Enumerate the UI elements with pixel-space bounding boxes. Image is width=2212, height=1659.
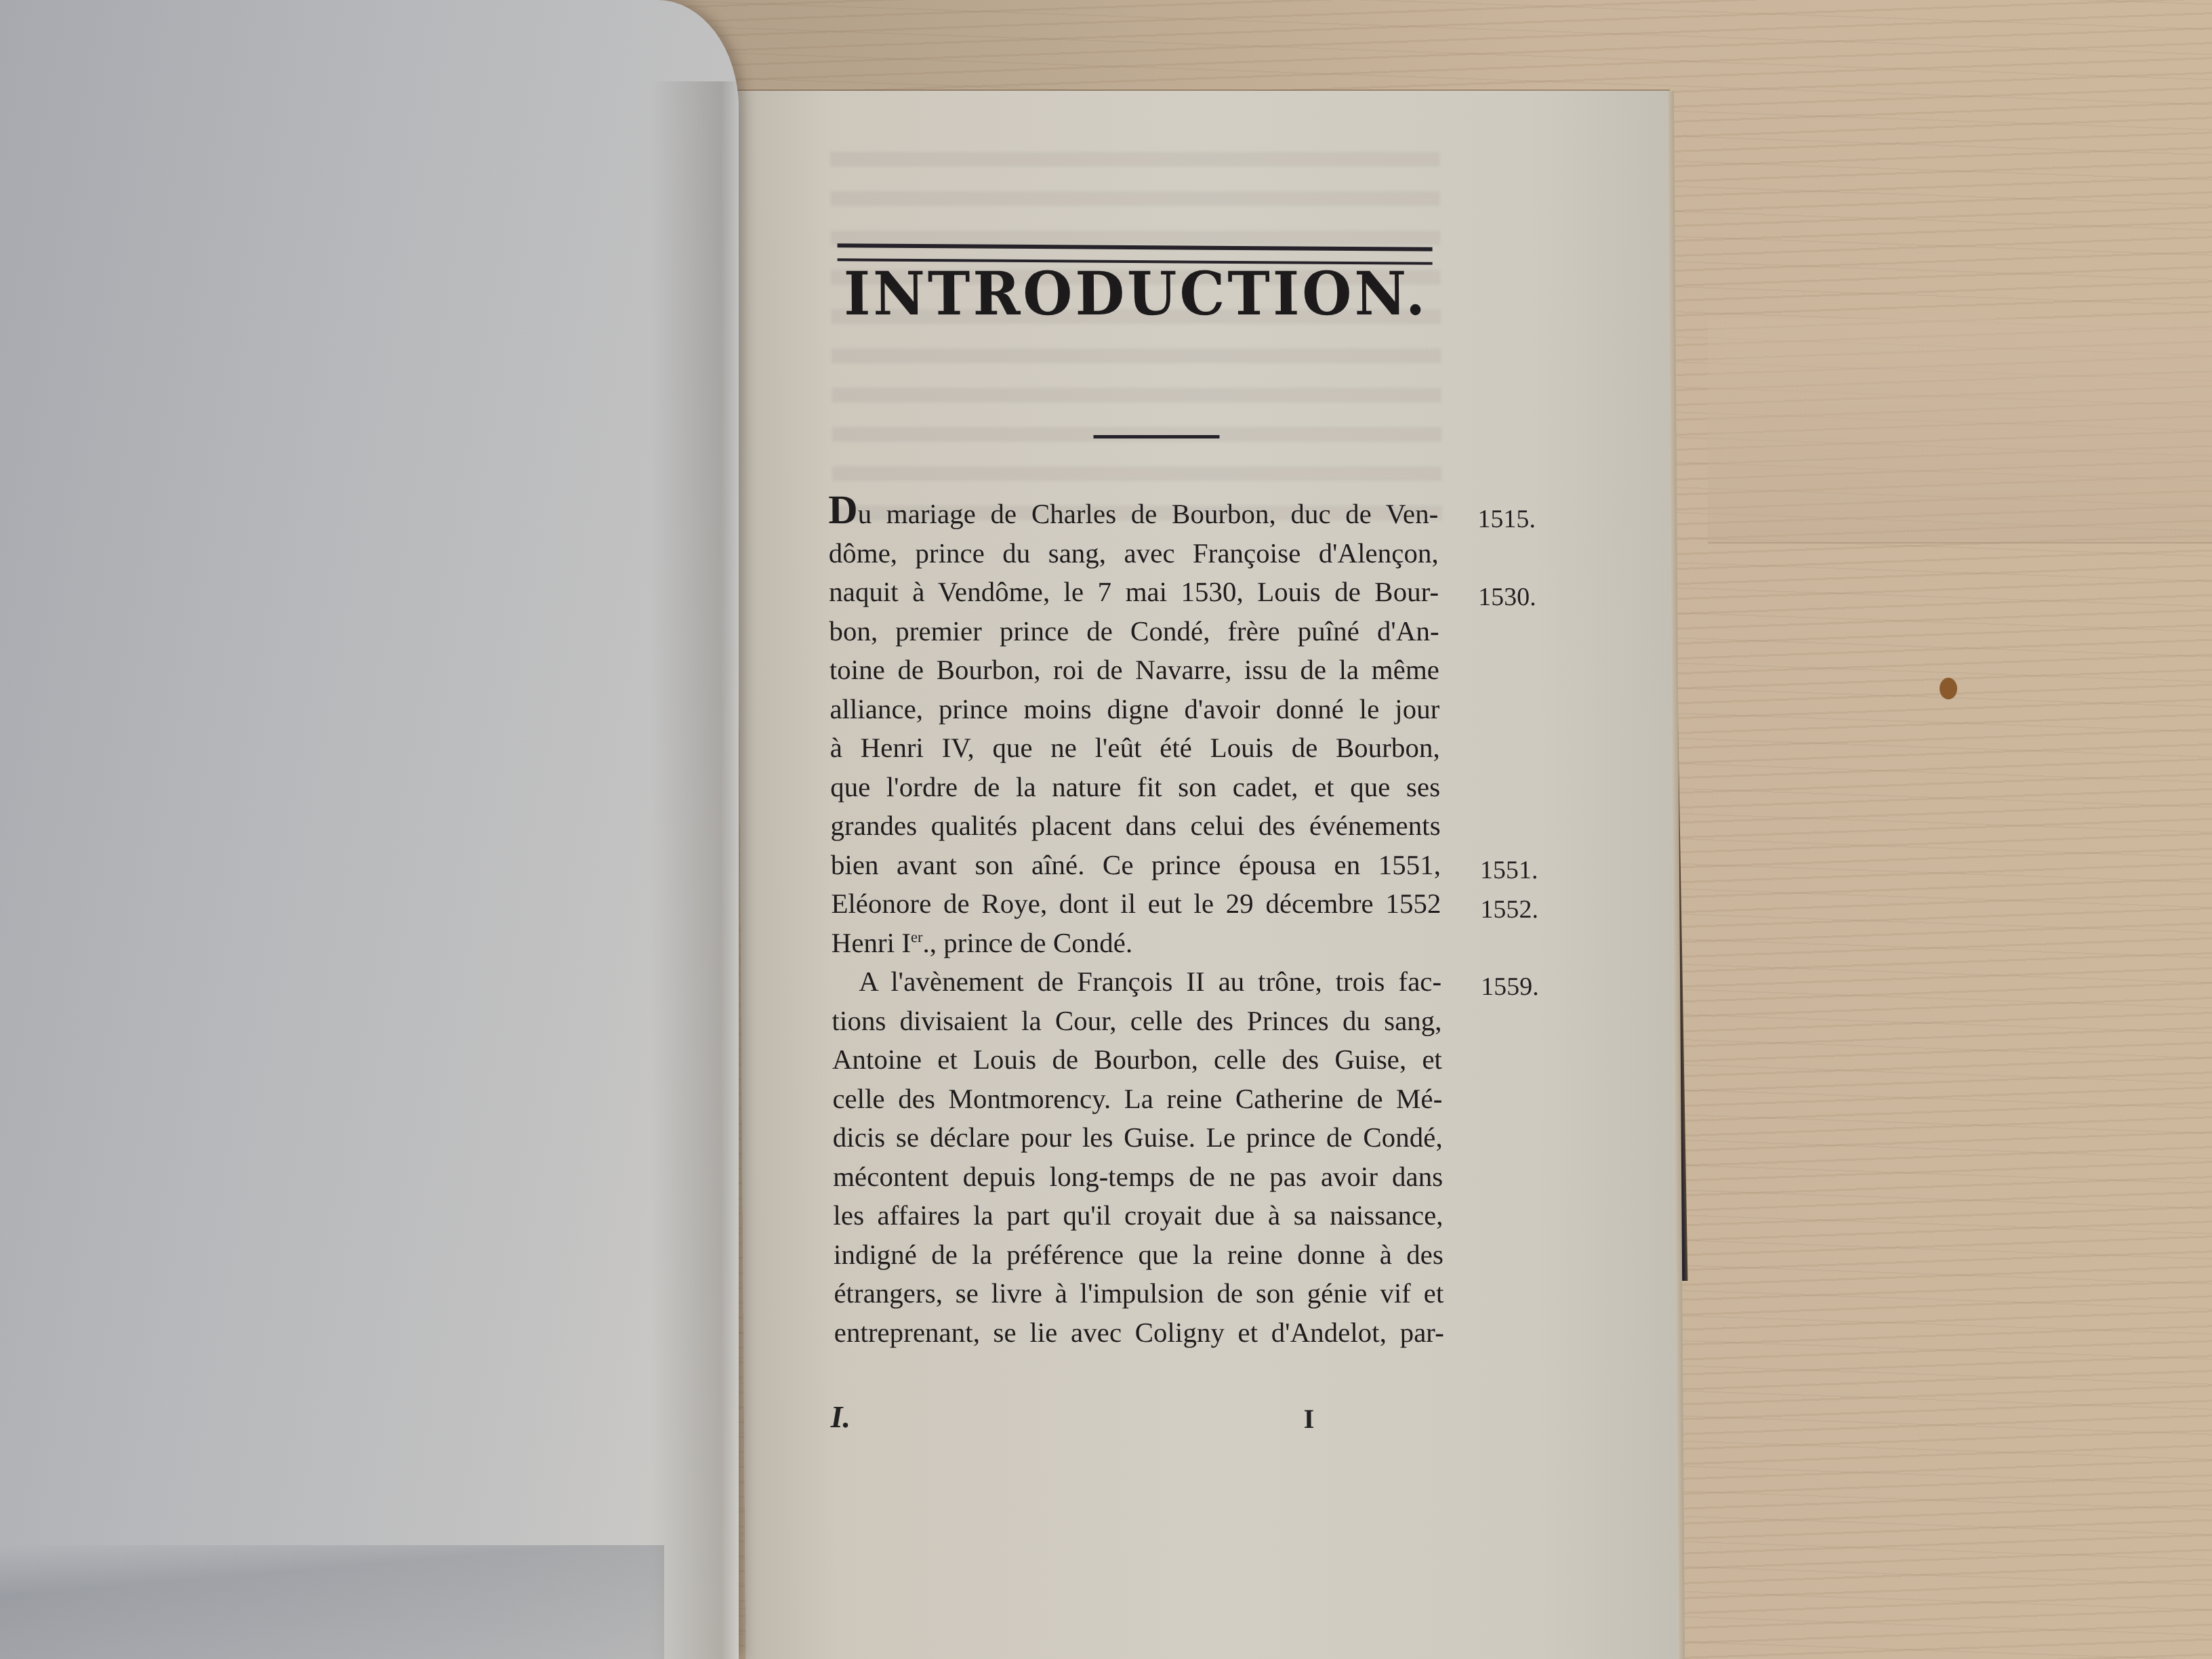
wooden-table-plank xyxy=(1708,319,2212,544)
text-line: dôme, prince du sang, avec Françoise d'A… xyxy=(828,534,1438,573)
text-line: étrangers, se livre à l'impulsion de son… xyxy=(834,1274,1443,1313)
folio-mark: I xyxy=(1303,1403,1314,1435)
signature-mark: I. xyxy=(830,1399,851,1435)
text-line: Henri Ier., prince de Condé. xyxy=(831,924,1441,963)
title-rule xyxy=(1093,435,1219,438)
text-line: grandes qualités placent dans celui des … xyxy=(830,806,1440,846)
text-line: bien avant son aîné. Ce prince épousa en… xyxy=(831,846,1441,885)
wood-knot xyxy=(1940,678,1957,699)
left-page-blank xyxy=(0,0,739,1659)
margin-date: 1530. xyxy=(1478,582,1536,612)
text-line: Antoine et Louis de Bourbon, celle des G… xyxy=(832,1040,1442,1080)
text-line: dicis se déclare pour les Guise. Le prin… xyxy=(833,1118,1443,1158)
text-line: Eléonore de Roye, dont il eut le 29 déce… xyxy=(831,884,1441,924)
text-line: A l'avènement de François II au trône, t… xyxy=(832,962,1441,1002)
text-line: les affaires la part qu'il croyait due à… xyxy=(833,1196,1443,1235)
text-line: que l'ordre de la nature fit son cadet, … xyxy=(830,768,1440,807)
margin-date: 1515. xyxy=(1477,504,1536,534)
drop-initial: D xyxy=(828,487,858,532)
text-line: naquit à Vendôme, le 7 mai 1530, Louis d… xyxy=(829,573,1439,612)
text-line: Du mariage de Charles de Bourbon, duc de… xyxy=(828,495,1438,534)
text-line: mécontent depuis long-temps de ne pas av… xyxy=(833,1158,1443,1197)
text-line: alliance, prince moins digne d'avoir don… xyxy=(829,690,1439,729)
margin-date: 1552. xyxy=(1480,895,1538,924)
text-line: à Henri IV, que ne l'eût été Louis de Bo… xyxy=(829,729,1439,768)
margin-date: 1551. xyxy=(1480,855,1538,885)
text-line: indigné de la préférence que la reine do… xyxy=(834,1235,1443,1275)
show-through-text xyxy=(830,152,1443,531)
margin-date: 1559. xyxy=(1481,972,1539,1002)
text-line: toine de Bourbon, roi de Navarre, issu d… xyxy=(829,651,1439,690)
text-line: tions divisaient la Cour, celle des Prin… xyxy=(832,1002,1441,1041)
right-page: INTRODUCTION. Du mariage de Charles de B… xyxy=(735,91,1681,1659)
page-title: INTRODUCTION. xyxy=(736,259,1536,329)
text-line: bon, premier prince de Condé, frère puîn… xyxy=(829,612,1439,651)
text-line: entreprenant, se lie avec Coligny et d'A… xyxy=(834,1313,1444,1353)
gutter-shadow xyxy=(651,81,739,1659)
body-text: Du mariage de Charles de Bourbon, duc de… xyxy=(828,495,1444,1352)
left-page-fold xyxy=(0,1545,664,1659)
text-line: celle des Montmorency. La reine Catherin… xyxy=(832,1080,1442,1119)
